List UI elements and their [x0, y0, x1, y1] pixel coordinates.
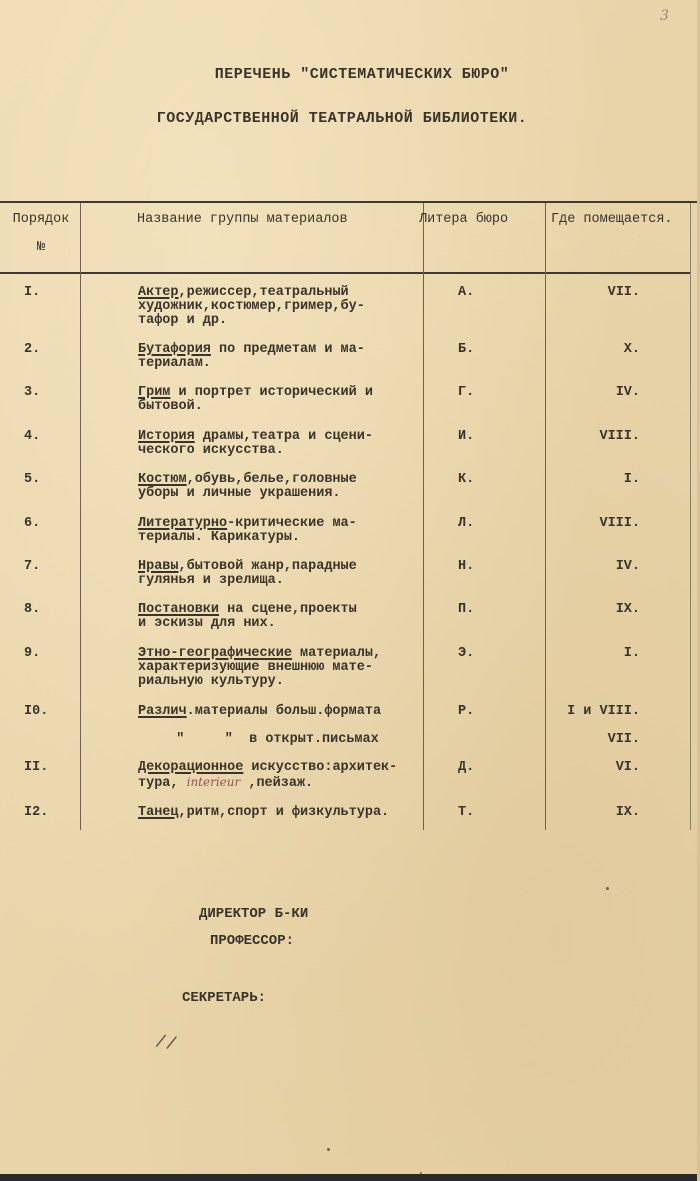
handwritten-annotation: interieur: [187, 775, 241, 789]
underlined-keyword: Грим: [138, 385, 170, 400]
row-number: II.: [24, 761, 48, 775]
pencil-mark: //: [153, 1032, 178, 1055]
bureau-letter: Н.: [458, 560, 474, 574]
name-text: ,пейзаж.: [240, 776, 313, 791]
underlined-keyword: Литературно: [138, 516, 227, 531]
material-group-name: Этно-географические материалы,характериз…: [138, 647, 428, 689]
location: VII.: [608, 286, 640, 300]
name-line: " " в открыт.письмах: [160, 733, 450, 747]
location: I.: [624, 473, 640, 487]
row-number: 4.: [24, 430, 40, 444]
row-number: I0.: [24, 705, 48, 719]
location: VIII.: [599, 430, 640, 444]
underlined-keyword: Танец: [138, 805, 179, 820]
header-name: Название группы материалов: [137, 212, 348, 228]
material-group-name: Декорационное искусство:архитек-тура, in…: [138, 761, 428, 791]
underlined-keyword: Костюм: [138, 472, 187, 487]
underlined-keyword: История: [138, 429, 195, 444]
name-text: и портрет исторический и: [170, 385, 373, 400]
column-divider: [690, 203, 691, 830]
underlined-keyword: Этно-географические: [138, 646, 292, 661]
name-line: уборы и личные украшения.: [138, 487, 428, 501]
secretary-signature-label: СЕКРЕТАРЬ:: [182, 990, 266, 1006]
director-signature-label: ДИРЕКТОР Б-КИ: [199, 906, 308, 922]
name-line: гулянья и зрелища.: [138, 574, 428, 588]
name-line: териалы. Карикатуры.: [138, 531, 428, 545]
underlined-keyword: Актер: [138, 285, 179, 300]
name-text: материалы,: [292, 646, 381, 661]
material-group-name: Грим и портрет исторический ибытовой.: [138, 386, 428, 414]
name-line: Бутафория по предметам и ма-: [138, 343, 428, 357]
name-text: -критические ма-: [227, 516, 357, 531]
bureau-letter: Э.: [458, 647, 474, 661]
header-number-label: Порядок: [6, 212, 76, 228]
location: IX.: [616, 806, 640, 820]
bureau-letter: К.: [458, 473, 474, 487]
location: I и VIII.: [567, 705, 640, 719]
row-number: 6.: [24, 517, 40, 531]
location: VI.: [616, 761, 640, 775]
header-letter: Литера бюро: [419, 212, 508, 228]
name-line: тафор и др.: [138, 314, 428, 328]
bureau-letter: Д.: [458, 761, 474, 775]
name-line: и эскизы для них.: [138, 617, 428, 631]
document-title: ПЕРЕЧЕНЬ "СИСТЕМАТИЧЕСКИХ БЮРО": [12, 66, 700, 83]
material-group-name: Постановки на сцене,проектыи эскизы для …: [138, 603, 428, 631]
name-line: Грим и портрет исторический и: [138, 386, 428, 400]
column-divider: [545, 203, 546, 830]
name-line: Постановки на сцене,проекты: [138, 603, 428, 617]
name-line: риальную культуру.: [138, 675, 428, 689]
name-line: тура, interieur ,пейзаж.: [138, 775, 428, 791]
name-line: художник,костюмер,гример,бу-: [138, 300, 428, 314]
table-header-rule: [0, 272, 690, 274]
column-divider: [80, 203, 81, 830]
location: X.: [624, 343, 640, 357]
name-line: Костюм,обувь,белье,головные: [138, 473, 428, 487]
row-number: 5.: [24, 473, 40, 487]
underlined-keyword: Постановки: [138, 602, 219, 617]
location: VIII.: [599, 517, 640, 531]
location: I.: [624, 647, 640, 661]
bureau-letter: Л.: [458, 517, 474, 531]
name-text: ,бытовой жанр,парадные: [179, 559, 357, 574]
name-line: териалам.: [138, 357, 428, 371]
name-line: Актер,режиссер,театральный: [138, 286, 428, 300]
name-line: История драмы,театра и сцени-: [138, 430, 428, 444]
document-page: 3 ПЕРЕЧЕНЬ "СИСТЕМАТИЧЕСКИХ БЮРО" ГОСУДА…: [0, 0, 697, 1174]
material-group-name: История драмы,театра и сцени-ческого иск…: [138, 430, 428, 458]
name-line: Этно-географические материалы,: [138, 647, 428, 661]
page-number: 3: [660, 8, 669, 24]
name-text: по предметам и ма-: [211, 342, 365, 357]
material-group-name: Танец,ритм,спорт и физкультура.: [138, 806, 428, 820]
underlined-keyword: Различ: [138, 704, 187, 719]
bureau-letter: П.: [458, 603, 474, 617]
row-number: 3.: [24, 386, 40, 400]
name-line: характеризующие внешнюю мате-: [138, 661, 428, 675]
underlined-keyword: Нравы: [138, 559, 179, 574]
bureau-letter: Т.: [458, 806, 474, 820]
table-top-rule: [0, 201, 697, 203]
name-line: Танец,ритм,спорт и физкультура.: [138, 806, 428, 820]
underlined-keyword: Декорационное: [138, 760, 243, 775]
name-text: искусство:архитек-: [243, 760, 397, 775]
name-line: Литературно-критические ма-: [138, 517, 428, 531]
bureau-letter: Б.: [458, 343, 474, 357]
name-text: ,ритм,спорт и физкультура.: [179, 805, 390, 820]
paper-speck: [420, 1172, 422, 1174]
document-subtitle: ГОСУДАРСТВЕННОЙ ТЕАТРАЛЬНОЙ БИБЛИОТЕКИ.: [0, 110, 692, 127]
bureau-letter: А.: [458, 286, 474, 300]
material-group-name: " " в открыт.письмах: [160, 733, 450, 747]
bureau-letter: Г.: [458, 386, 474, 400]
name-line: Нравы,бытовой жанр,парадные: [138, 560, 428, 574]
row-number: 9.: [24, 647, 40, 661]
bureau-letter: Р.: [458, 705, 474, 719]
row-number: 7.: [24, 560, 40, 574]
bureau-letter: И.: [458, 430, 474, 444]
underlined-keyword: Бутафория: [138, 342, 211, 357]
row-number: 8.: [24, 603, 40, 617]
name-line: бытовой.: [138, 400, 428, 414]
header-location: Где помещается.: [551, 212, 673, 228]
row-number: 2.: [24, 343, 40, 357]
name-text: .материалы больш.формата: [187, 704, 381, 719]
paper-speck: [606, 887, 609, 890]
paper-speck: [327, 1148, 330, 1151]
name-line: Различ.материалы больш.формата: [138, 705, 428, 719]
row-number: I.: [24, 286, 40, 300]
material-group-name: Бутафория по предметам и ма-териалам.: [138, 343, 428, 371]
material-group-name: Костюм,обувь,белье,головныеуборы и личны…: [138, 473, 428, 501]
material-group-name: Нравы,бытовой жанр,парадныегулянья и зре…: [138, 560, 428, 588]
name-line: Декорационное искусство:архитек-: [138, 761, 428, 775]
location: IV.: [616, 386, 640, 400]
location: VII.: [608, 733, 640, 747]
name-text: на сцене,проекты: [219, 602, 357, 617]
name-text: драмы,театра и сцени-: [195, 429, 373, 444]
name-text: ,режиссер,театральный: [179, 285, 349, 300]
header-number-sign: №: [6, 240, 76, 256]
material-group-name: Актер,режиссер,театральныйхудожник,костю…: [138, 286, 428, 328]
name-line: ческого искусства.: [138, 444, 428, 458]
name-text: ,обувь,белье,головные: [187, 472, 357, 487]
material-group-name: Различ.материалы больш.формата: [138, 705, 428, 719]
row-number: I2.: [24, 806, 48, 820]
professor-signature-label: ПРОФЕССОР:: [210, 933, 294, 949]
header-number: Порядок №: [6, 212, 76, 256]
location: IX.: [616, 603, 640, 617]
location: IV.: [616, 560, 640, 574]
material-group-name: Литературно-критические ма-териалы. Кари…: [138, 517, 428, 545]
